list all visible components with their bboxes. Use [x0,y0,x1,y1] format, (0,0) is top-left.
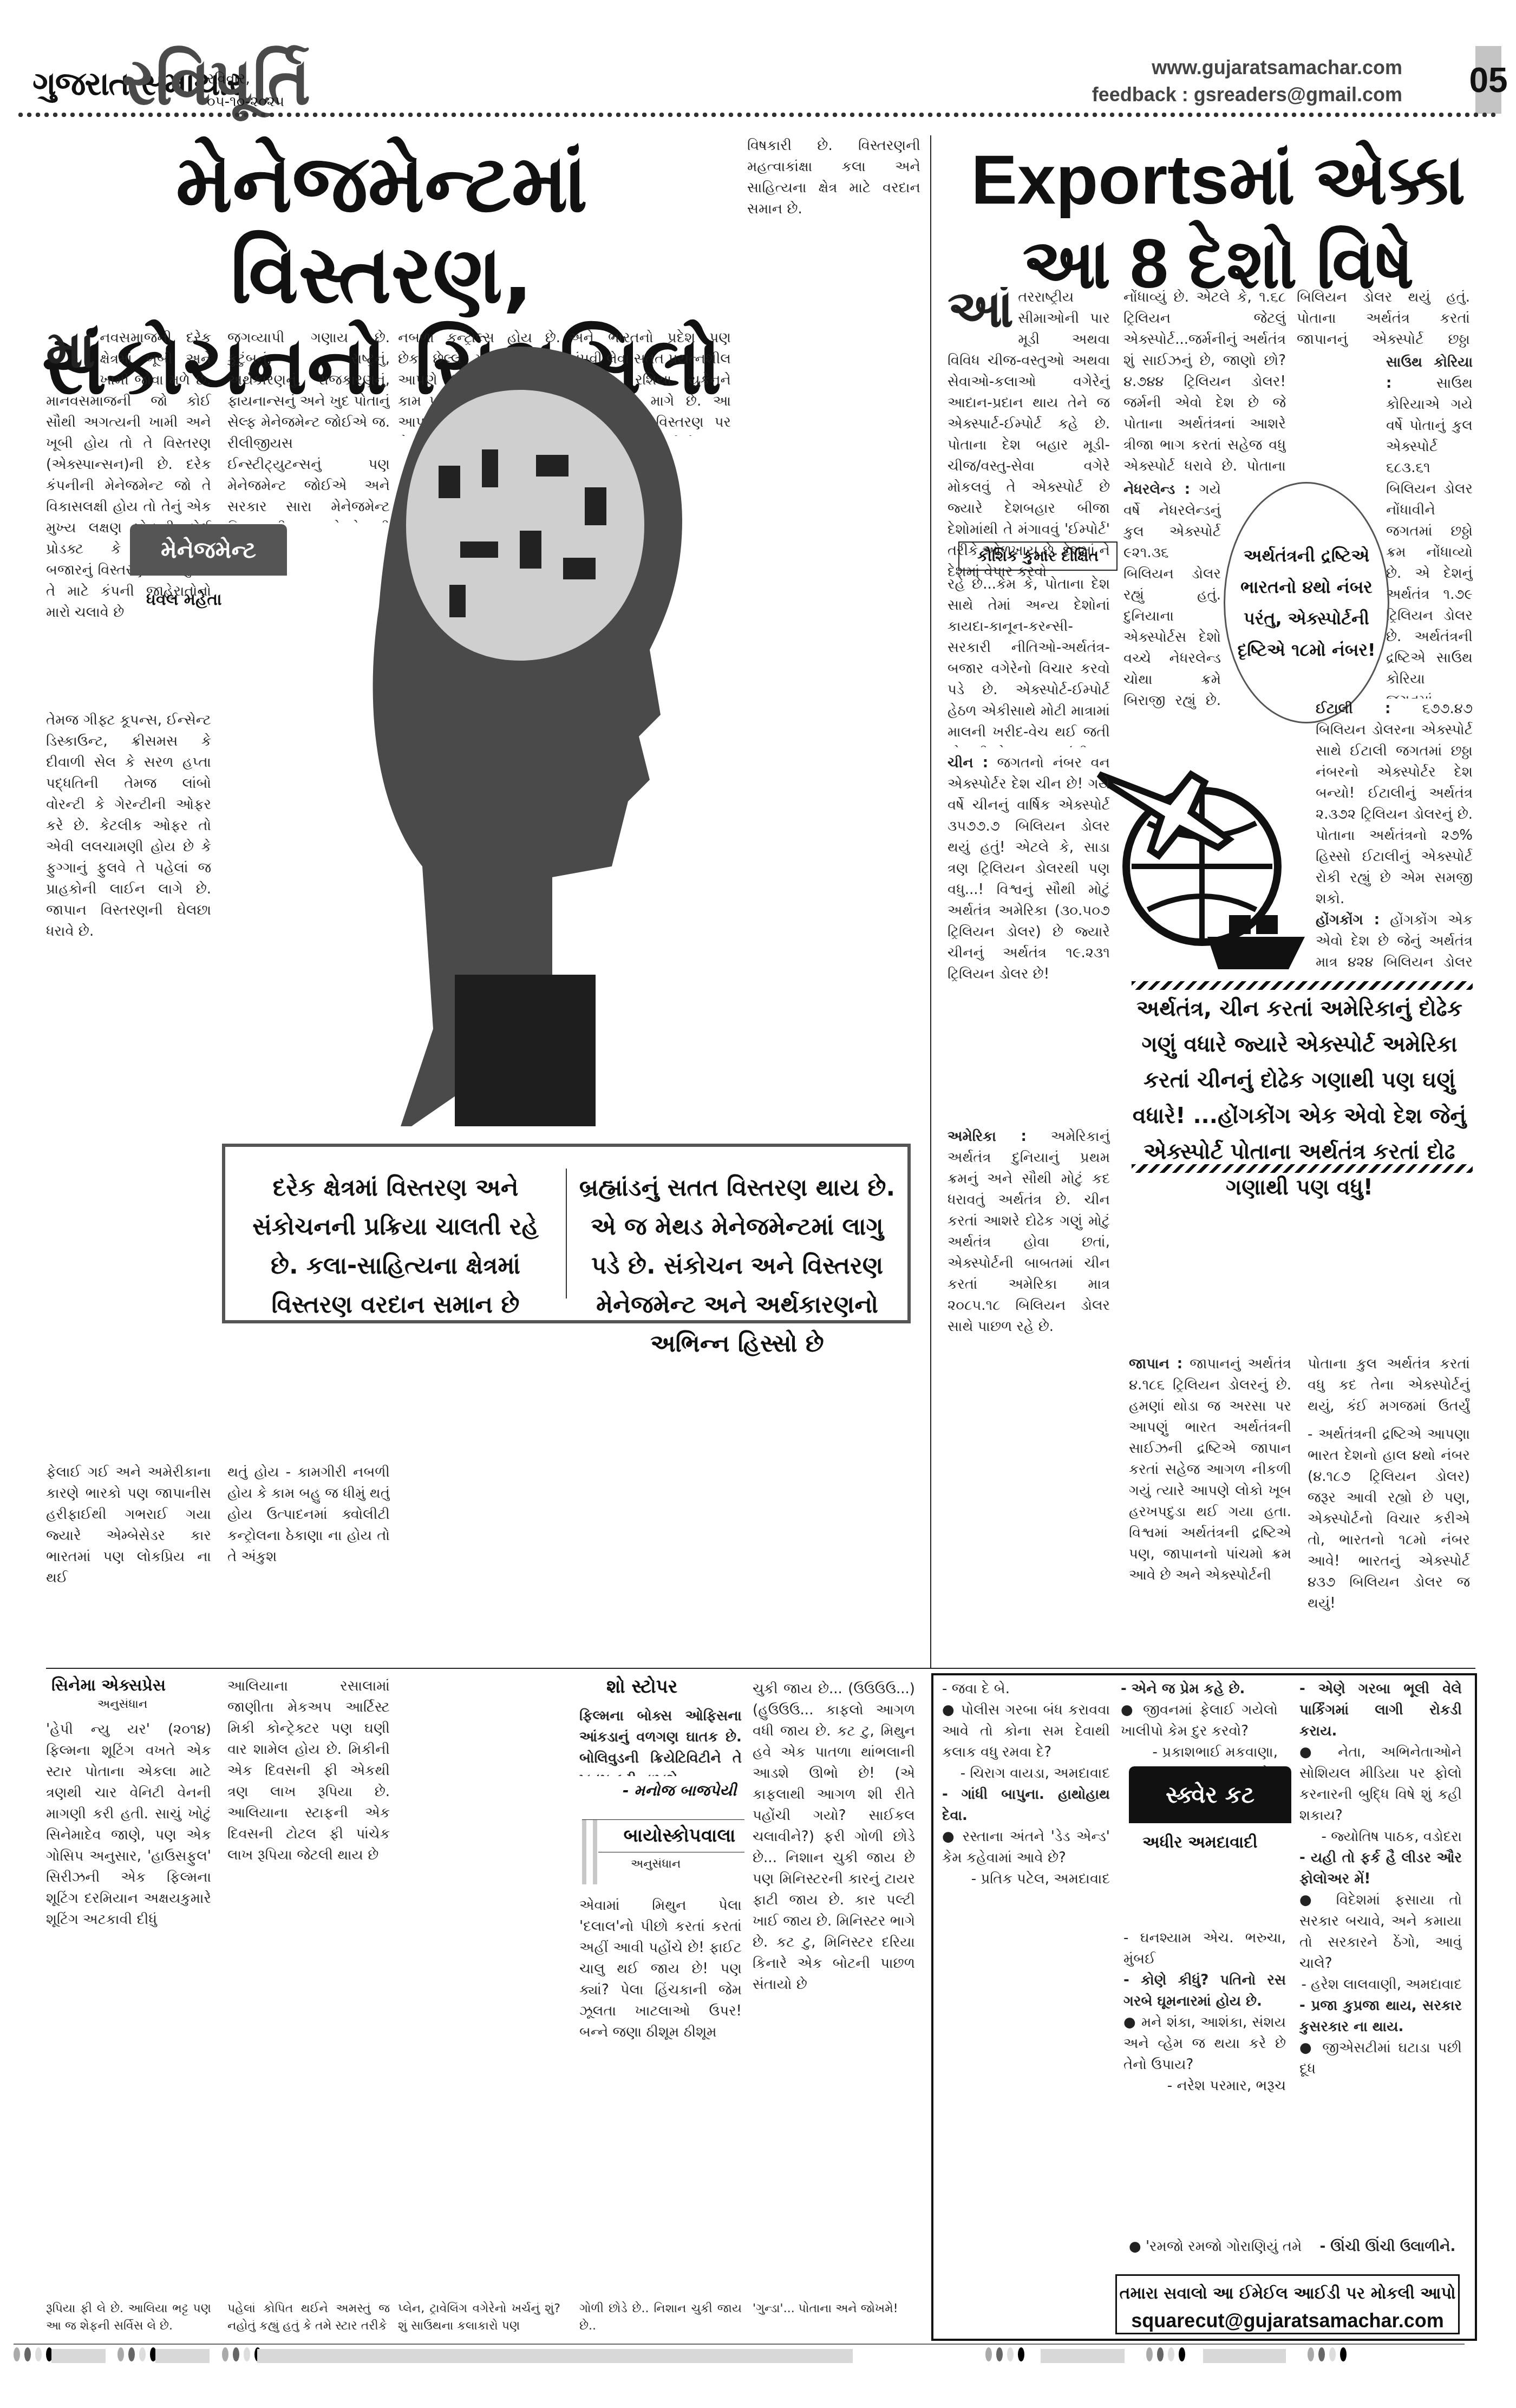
footer-bar-2 [155,2349,210,2363]
trade-globe-plane-ship-icon [1088,742,1316,980]
exports-netherlands: નેધરલેન્ડ : ગયે વર્ષે નેધરલેન્ડનું કુલ એ… [1123,479,1221,712]
exports-india: - અર્થતંત્રની દ્રષ્ટિએ આપણા ભારત દેશનો હ… [1308,1424,1470,1662]
japan-label: જાપાન : [1129,1356,1182,1372]
cinema-footer-3: પ્લેન, ટ્રાવેલિંગ વગેરેનો ખર્ચનું શું? શ… [398,2300,560,2338]
hongkong-label: હોંગકોંગ : [1316,912,1380,928]
dropcap: મા [46,328,95,371]
page-number: 05 [1475,46,1501,114]
issue-date: રવિવાર, ૦૫-૧૦-૨૦૨૫ [207,68,284,113]
exports-south-korea: સાઉથ કોરિયા : સાઉથ કોરિયાએ ગયે વર્ષે પોત… [1386,352,1473,699]
show-stopper-quote: ફિલ્મના બોક્સ ઓફિસના આંકડાનું વળગણ ઘાતક … [579,1706,742,1776]
cinema-col-1: 'હેપી ન્યુ યર' (૨૦૧૪) ફિલ્મના શૂટિંગ વખત… [46,1719,211,2299]
footer-dots-1 [14,2347,53,2364]
south-korea-text: સાઉથ કોરિયાએ ગયે વર્ષે પોતાનું કુલ એક્સ્… [1386,375,1473,699]
exports-japan: જાપાન : જાપાનનું અર્થતંત્ર ૪.૧૮૬ ટ્રિલિય… [1129,1354,1291,1662]
sq-question: ● પોલીસ ગરબા બંધ કરાવવા આવે તો કોના સમ દ… [942,1700,1110,1763]
exports-col-1b: રહે છે...કેમ કે, પોતાના દેશ સાથે તેમાં અ… [948,574,1110,747]
bioscope-rule-top [582,1819,744,1820]
sq-question: ● વિદેશમાં ફસાયા તો સરકાર બચાવે, અને કમા… [1299,1890,1462,1974]
bioscope-footer-1: ગોળી છોડે છે.. નિશાન ચુકી જાય છે.. [579,2300,742,2338]
bioscope-footer-2: 'ગુન્ડા'... પોતાના અને જોખમે! [753,2300,915,2338]
quote-left: દરેક ક્ષેત્રમાં વિસ્તરણ અને સંકોચનની પ્ર… [225,1147,566,1320]
square-cut-email-box: તમારા સવાલો આ ઈમેઈલ આઈડી પર મોકલી આપો sq… [1115,2274,1460,2334]
sq-answer: - કોણે કીધું? પતિનો રસ ગરબે ઘૂમનારમાં હો… [1123,1970,1286,2012]
sq-answer: - ગાંધી બાપુના. હાથોહાથ દેવા. [942,1784,1110,1826]
america-text: અમેરિકાનું અર્થતંત્ર દુનિયાનું પ્રથમ ક્ર… [948,1128,1110,1335]
exports-america: અમેરિકા : અમેરિકાનું અર્થતંત્ર દુનિયાનું… [948,1126,1110,1662]
japan-text: જાપાનનું અર્થતંત્ર ૪.૧૮૬ ટ્રિલિયન ડોલરનુ… [1129,1356,1291,1583]
zigzag-divider-top [1132,981,1473,990]
footer-dots-5 [1146,2347,1185,2364]
netherlands-text: ગયે વર્ષે નેધરલેન્ડનું કુલ એક્સ્પોર્ટ ૯૨… [1123,481,1221,712]
bioscope-rule-bottom [598,1852,744,1852]
sq-asker: - ચિરાગ વાયડા, અમદાવાદ [942,1763,1110,1784]
square-cut-col-1: - જવા દે બે. ● પોલીસ ગરબા બંધ કરાવવા આવે… [942,1679,1110,2220]
footer-dots-2 [117,2347,156,2364]
italy-text: ૬૭૭.૪૭ બિલિયન ડોલરના એક્સ્પોર્ટ સાથે ઈટા… [1316,701,1473,907]
head-silhouette-illustration [357,325,704,1126]
netherlands-label: નેધરલેન્ડ : [1123,481,1190,498]
sq-answer: - જવા દે બે. [942,1679,1110,1700]
exports-hongkong-end: પોતાના કુલ અર્થતંત્ર કરતાં વધુ કદ તેના એ… [1308,1354,1470,1419]
square-cut-title: સ્ક્વેર કટ [1129,1766,1291,1823]
exports-headline: Exportsમાં એક્કા આ 8 દેશો વિષે [958,138,1478,306]
col1-body: તેમજ ગીફ્ટ કૂપન્સ, ઈન્સેન્ટ ડિસ્કાઉન્ટ, … [46,712,211,939]
cinema-subsection: અનુસંધાન [97,1698,147,1711]
square-cut-col-2-lower: - ઘનશ્યામ એચ. ભરુચા, મુંબઈ - કોણે કીધું?… [1123,1928,1286,2231]
footer-bar-1 [51,2349,106,2363]
cinema-footer-2: પહેલાં કોપિત થઈને અમસ્તું જ નહોતું કહ્યુ… [227,2300,390,2338]
management-quote-box: દરેક ક્ષેત્રમાં વિસ્તરણ અને સંકોચનની પ્ર… [222,1144,911,1323]
footer-bar-4 [1041,2349,1125,2363]
italy-label: ઈટાલી : [1316,701,1390,717]
exports-col-3: બિલિયન ડોલર થયું હતું. પોતાના અર્થતંત્ર … [1297,287,1470,352]
sq-question: ● મને શંકા, આશંકા, સંશય અને વ્હેમ જ થયા … [1123,2012,1286,2076]
quote-right: બ્રહ્માંડનું સતત વિસ્તરણ થાય છે. એ જ મેથ… [567,1147,907,1320]
sq-answer: - ઊંચી ઊંચી ઉલાળીને. [1319,2239,1455,2255]
footer-dots-3 [222,2347,261,2364]
masthead-dotted-divider [16,111,1500,119]
exports-author-box: કૌશિક કુમાર દીક્ષિત [958,541,1118,571]
footer-dots-4 [985,2347,1024,2364]
sq-question: ● રસ્તાના અંતને 'ડેડ એન્ડ' કેમ કહેવામાં … [942,1826,1110,1869]
date-value: ૦૫-૧૦-૨૦૨૫ [207,90,284,113]
section-divider [46,1668,1475,1669]
india-callout-circle: અર્થતંત્રની દ્રષ્ટિએ ભારતનો ૪થો નંબર પરં… [1224,482,1389,723]
sq-answer: - યહી તો ફર્ક હૈ લીડર ઔર ફોલોઅર મેં! [1299,1848,1462,1890]
headline-line-1: મેનેજમેન્ટમાં વિસ્તરણ, [27,138,736,320]
management-col-1: મા નવસમાજની દરેક ક્ષેત્રમાં ખૂબી અને ખામ… [46,328,211,1465]
exports-headline-line-1: Exportsમાં એક્કા [958,138,1478,222]
feedback-email[interactable]: feedback : gsreaders@gmail.com [1092,81,1402,108]
bioscope-bars-icon [582,1819,598,1884]
cinema-section-title: સિનેમા એક્સપ્રેસ [51,1676,166,1695]
sq-answer: - પ્રજા કુપ્રજા થાય, સરકાર કુસરકાર ના થા… [1299,1995,1462,2038]
sq-answer: - એણે ગરબા ભૂલી વેલે પાર્કિંગમાં લાગી રો… [1299,1679,1462,1742]
sq-asker: - નરેશ પરમાર, ભરૂચ [1123,2076,1286,2097]
exports-china: ચીન : જગતનો નંબર વન એક્સ્પોર્ટર દેશ ચીન … [948,753,1110,1121]
column-tag-management: મેનેજમેન્ટ [130,524,287,576]
management-col-1-lower: ફેલાઈ ગઈ અને અમેરીકાના કારણે ભારકો પણ જા… [46,1462,211,1668]
email-prompt: તમારા સવાલો આ ઈમેઈલ આઈડી પર મોકલી આપો [1117,2280,1458,2307]
bioscope-subsection: અનુસંધાન [631,1857,681,1871]
exports-col-2: નોંધાવ્યું છે. એટલે કે, ૧.૬૮ ટ્રિલિયન જે… [1123,287,1286,471]
america-label: અમેરિકા : [948,1128,1027,1145]
bioscope-title: બાયોસ્કોપવાલા [615,1825,744,1846]
cinema-footer-1: રૂપિયા ફી લે છે. આલિયા ભટ્ટ પણ આ જ શેફની… [46,2300,211,2338]
sq-question: ● જીએસટીમાં ઘટાડા પછી દૂધ [1299,2038,1462,2080]
show-stopper-attribution: - મનોજ બાજપેયી [623,1781,736,1800]
management-col-2-lower: થતું હોય - કામગીરી નબળી હોય કે કામ બહુ જ… [227,1462,390,1668]
sq-asker: - જ્યોતિષ પાઠક, વડોદરા [1299,1826,1462,1848]
day-label: રવિવાર, [207,68,284,90]
bioscope-col-2: ચુકી જાય છે... (ઉઉઉઉ...) (હુઉઉઉ... કાફલો… [753,1679,915,2296]
sq-question: ● નેતા, અભિનેતાઓને સોશિયલ મીડિયા પર ફોલો… [1299,1742,1462,1826]
china-label: ચીન : [948,755,988,771]
exports-dropcap: આં [948,287,1014,330]
zigzag-divider-bottom [1132,1164,1473,1173]
footer-bar-3 [257,2349,853,2363]
sq-question: 'રમજો રમજો ગોરાણિયું તમે [1146,2239,1302,2255]
square-cut-author: અધીર અમદાવાદી [1142,1833,1258,1852]
website-link[interactable]: www.gujaratsamachar.com [1092,54,1402,81]
square-cut-col-3: - એણે ગરબા ભૂલી વેલે પાર્કિંગમાં લાગી રો… [1299,1679,1462,2220]
sq-asker: - ઘનશ્યામ એચ. ભરુચા, મુંબઈ [1123,1928,1286,1970]
author-byline-exports: કૌશિક કુમાર દીક્ષિત [958,541,1118,571]
sq-asker: - હરેશ લાલવાણી, અમદાવાદ [1299,1974,1462,1995]
contact-block: www.gujaratsamachar.com feedback : gsrea… [1092,54,1402,108]
author-byline: ધવલ મહેતા [146,590,222,609]
management-col-5: વિષકારી છે. વિસ્તરણની મહત્વાકાંક્ષા કલા … [747,135,920,309]
show-stopper-title: શો સ્ટોપર [606,1676,677,1698]
china-text: જગતનો નંબર વન એક્સ્પોર્ટર દેશ ચીન છે! ગય… [948,755,1110,982]
sq-answer: - એને જ પ્રેમ કહે છે. [1121,1679,1278,1700]
cinema-col-2: આલિયાના રસાલામાં જાણીતા મેકઅપ આર્ટિસ્ટ મ… [227,1676,390,2299]
exports-italy: ઈટાલી : ૬૭૭.૪૭ બિલિયન ડોલરના એક્સ્પોર્ટ … [1316,699,1473,969]
footer-bar-5 [1203,2349,1286,2363]
bioscope-col-1: એવામાં મિથુન પેલા 'દલાલ'નો પીછો કરતાં કર… [579,1895,742,2296]
exports-pull-quote: અર્થતંત્ર, ચીન કરતાં અમેરિકાનું દોઢેક ગણ… [1132,991,1467,1205]
square-cut-email[interactable]: squarecut@gujaratsamachar.com [1117,2307,1458,2334]
column-divider [930,135,931,1668]
footer-dots-6 [1308,2347,1347,2364]
sq-asker: - પ્રતિક પટેલ, અમદાવાદ [942,1869,1110,1890]
sq-question: ● જીવનમાં ફેલાઈ ગયેલો ખાલીપો કેમ દુર કરવ… [1121,1700,1278,1742]
square-cut-last-line: ● 'રમજો રમજો ગોરાણિયું તમે - ઊંચી ઊંચી ઉ… [1129,2236,1465,2258]
footer-rule [14,2344,1465,2345]
